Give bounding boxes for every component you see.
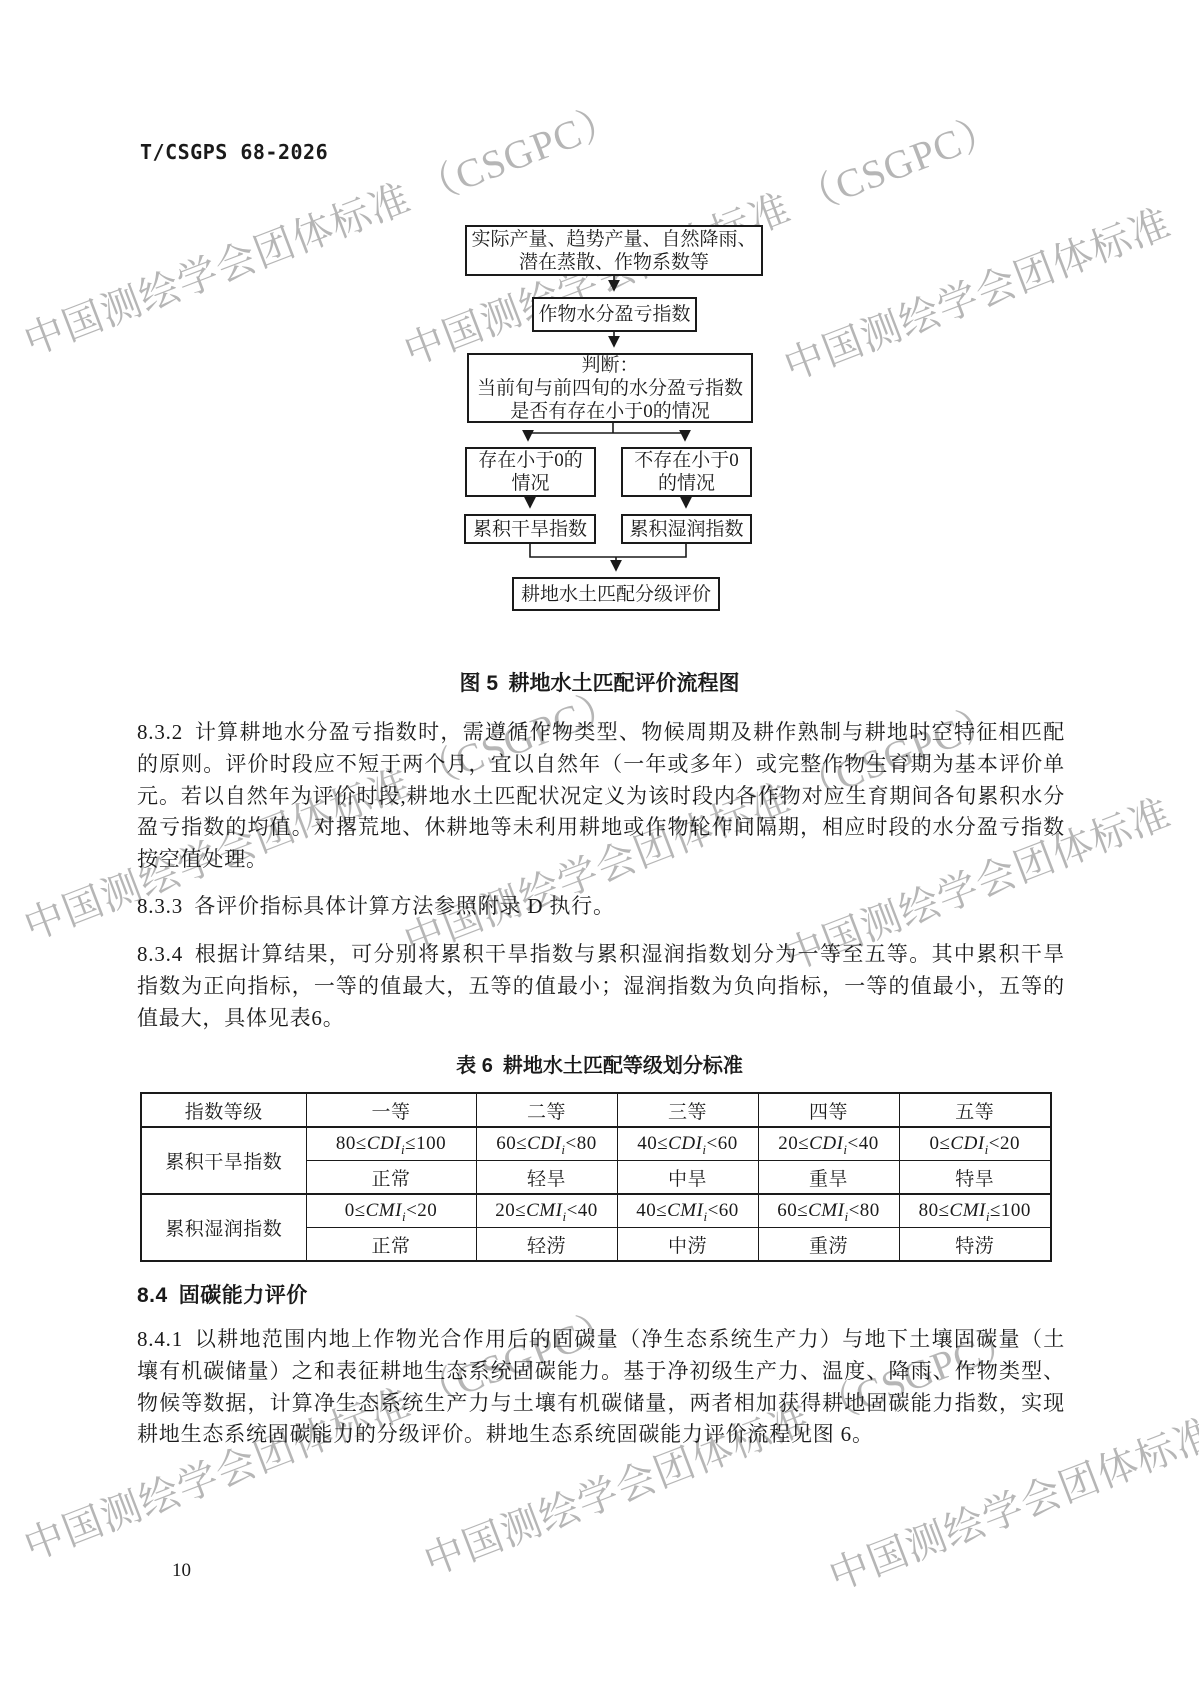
page-number: 10: [172, 1560, 191, 1582]
table-row-cmi-ranges: 累积湿润指数 0≤CMIi<20 20≤CMIi<40 40≤CMIi<60 6…: [141, 1194, 1051, 1228]
flow-box-text: 判断：: [581, 354, 638, 377]
paragraph-8-4-1: 8.4.1 以耕地范围内地上作物光合作用后的固碳量（净生态系统生产力）与地下土壤…: [137, 1324, 1065, 1451]
col-header: 指数等级: [141, 1093, 306, 1127]
table-row-cdi-ranges: 累积干旱指数 80≤CDIi≤100 60≤CDIi<80 40≤CDIi<60…: [141, 1127, 1051, 1161]
col-header: 三等: [617, 1093, 758, 1127]
level-cell: 正常: [306, 1161, 476, 1195]
standard-code: T/CSGPS 68-2026: [140, 140, 328, 164]
flow-box-text: 累积干旱指数: [473, 518, 587, 541]
level-cell: 中涝: [617, 1228, 758, 1262]
level-cell: 轻涝: [476, 1228, 617, 1262]
level-cell: 特旱: [899, 1161, 1051, 1195]
flow-box-text: 实际产量、趋势产量、自然降雨、: [471, 228, 756, 251]
range-cell: 0≤CMIi<20: [306, 1194, 476, 1228]
flow-box-inputs: 实际产量、趋势产量、自然降雨、 潜在蒸散、作物系数等: [465, 225, 763, 276]
figure5-flowchart: 实际产量、趋势产量、自然降雨、 潜在蒸散、作物系数等 作物水分盈亏指数 判断： …: [400, 200, 820, 620]
range-cell: 80≤CMIi≤100: [899, 1194, 1051, 1228]
paragraph-8-3-2: 8.3.2 计算耕地水分盈亏指数时，需遵循作物类型、物候周期及耕作熟制与耕地时空…: [137, 717, 1065, 876]
table6-grade-standards: 指数等级 一等 二等 三等 四等 五等 累积干旱指数 80≤CDIi≤100 6…: [140, 1092, 1052, 1262]
flow-box-result: 耕地水土匹配分级评价: [512, 577, 720, 611]
flow-box-text: 的情况: [658, 472, 715, 495]
flow-box-cwdi: 作物水分盈亏指数: [532, 297, 697, 332]
range-cell: 60≤CDIi<80: [476, 1127, 617, 1161]
flow-box-cmi: 累积湿润指数: [621, 514, 752, 544]
col-header: 五等: [899, 1093, 1051, 1127]
row-label-cmi: 累积湿润指数: [141, 1194, 306, 1261]
range-cell: 60≤CMIi<80: [758, 1194, 899, 1228]
section-8-4-heading: 8.4 固碳能力评价: [137, 1279, 308, 1309]
flow-box-exists: 存在小于0的 情况: [465, 447, 596, 497]
flow-box-text: 不存在小于0: [634, 449, 739, 472]
watermark: 中国测绘学会团体标准 （CSGPC）: [775, 111, 1199, 392]
level-cell: 中旱: [617, 1161, 758, 1195]
range-cell: 0≤CDIi<20: [899, 1127, 1051, 1161]
level-cell: 重涝: [758, 1228, 899, 1262]
level-cell: 特涝: [899, 1228, 1051, 1262]
flow-box-judge: 判断： 当前旬与前四旬的水分盈亏指数 是否有存在小于0的情况: [467, 353, 753, 423]
range-cell: 80≤CDIi≤100: [306, 1127, 476, 1161]
flow-box-text: 情况: [511, 472, 549, 495]
col-header: 四等: [758, 1093, 899, 1127]
level-cell: 轻旱: [476, 1161, 617, 1195]
paragraph-8-3-4: 8.3.4 根据计算结果，可分别将累积干旱指数与累积湿润指数划分为一等至五等。其…: [137, 939, 1065, 1034]
range-cell: 40≤CMIi<60: [617, 1194, 758, 1228]
level-cell: 重旱: [758, 1161, 899, 1195]
flow-box-text: 累积湿润指数: [629, 518, 743, 541]
flow-box-text: 是否有存在小于0的情况: [510, 400, 710, 423]
table6-caption: 表 6 耕地水土匹配等级划分标准: [0, 1049, 1199, 1078]
flow-box-not-exists: 不存在小于0 的情况: [621, 447, 752, 497]
range-cell: 40≤CDIi<60: [617, 1127, 758, 1161]
table-header-row: 指数等级 一等 二等 三等 四等 五等: [141, 1093, 1051, 1127]
col-header: 一等: [306, 1093, 476, 1127]
flow-box-text: 耕地水土匹配分级评价: [521, 583, 711, 606]
range-cell: 20≤CDIi<40: [758, 1127, 899, 1161]
flow-box-text: 当前旬与前四旬的水分盈亏指数: [477, 377, 743, 400]
document-page: 中国测绘学会团体标准 （CSGPC） 中国测绘学会团体标准 （CSGPC） 中国…: [0, 0, 1199, 1696]
flow-box-text: 潜在蒸散、作物系数等: [519, 251, 709, 274]
flow-box-text: 作物水分盈亏指数: [538, 303, 690, 326]
col-header: 二等: [476, 1093, 617, 1127]
flow-box-cdi: 累积干旱指数: [464, 514, 596, 544]
range-cell: 20≤CMIi<40: [476, 1194, 617, 1228]
row-label-cdi: 累积干旱指数: [141, 1127, 306, 1194]
level-cell: 正常: [306, 1228, 476, 1262]
figure5-caption: 图 5 耕地水土匹配评价流程图: [0, 667, 1199, 697]
flow-box-text: 存在小于0的: [478, 449, 583, 472]
paragraph-8-3-3: 8.3.3 各评价指标具体计算方法参照附录 D 执行。: [137, 891, 1065, 923]
